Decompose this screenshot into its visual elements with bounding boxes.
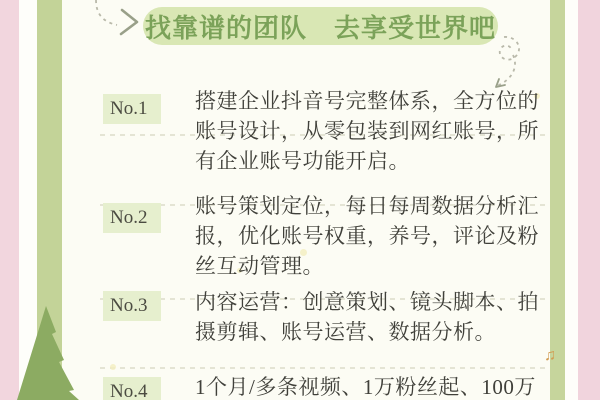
item-text: 账号策划定位，每日每周数据分析汇 报，优化账号权重，养号，评论及粉 丝互动管理。 bbox=[195, 191, 551, 281]
poster: 找靠谱的团队 去享受世界吧 No.1 搭建企业抖音号完整体系，全方位的 账号设计… bbox=[0, 0, 600, 400]
dashed-curl-tail bbox=[497, 55, 515, 86]
paper-speck bbox=[110, 364, 116, 370]
left-pink-border bbox=[0, 0, 19, 400]
right-green-bar bbox=[550, 0, 565, 400]
item-text: 1个月/多条视频、1万粉丝起、100万 bbox=[195, 372, 551, 400]
item-text: 搭建企业抖音号完整体系，全方位的 账号设计，从零包装到网红账号，所 有企业账号功… bbox=[195, 86, 551, 176]
right-white-gap bbox=[565, 0, 578, 400]
chevron-arrow-icon bbox=[121, 10, 137, 34]
right-pink-border bbox=[578, 0, 600, 400]
page-title: 找靠谱的团队 去享受世界吧 bbox=[143, 7, 498, 45]
left-green-bar bbox=[37, 0, 62, 400]
music-note-icon: ♫ bbox=[544, 348, 556, 364]
dashed-curl-decoration bbox=[500, 37, 519, 60]
item-number-badge: No.3 bbox=[103, 291, 161, 321]
item-number-badge: No.1 bbox=[103, 94, 161, 124]
item-text: 内容运营：创意策划、镜头脚本、拍 摄剪辑、账号运营、数据分析。 bbox=[195, 287, 551, 347]
item-number-badge: No.2 bbox=[103, 203, 161, 233]
dashed-arrow-decoration bbox=[96, 0, 117, 25]
left-white-gap bbox=[19, 0, 37, 400]
item-number-badge: No.4 bbox=[103, 377, 161, 400]
